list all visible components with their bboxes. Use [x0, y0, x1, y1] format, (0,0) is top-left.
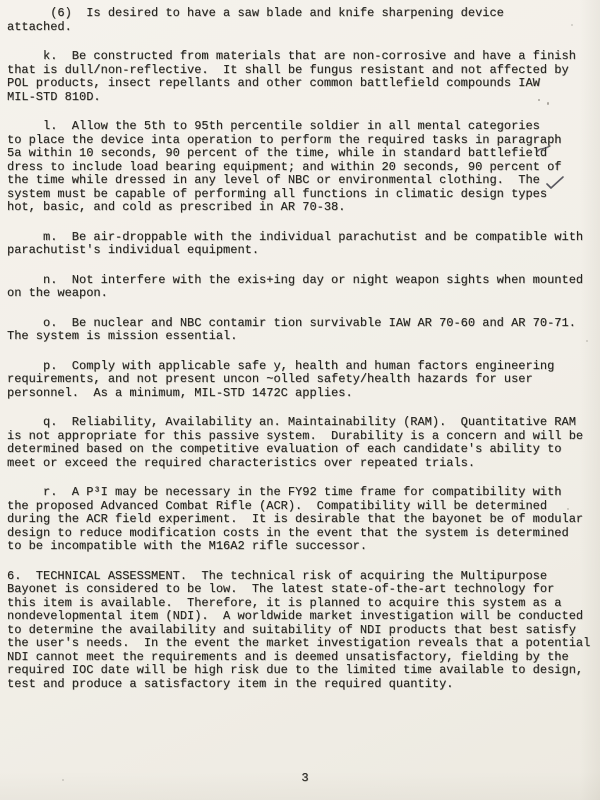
paragraph-item-q: q. Reliability, Availability an. Maintai… — [7, 416, 597, 470]
paragraph-item-r: r. A P³I may be necessary in the FY92 ti… — [7, 486, 597, 554]
paragraph-item-6: (6) Is desired to have a saw blade and k… — [7, 7, 597, 34]
paragraph-item-k: k. Be constructed from materials that ar… — [7, 50, 597, 104]
page-number: 3 — [0, 772, 600, 786]
scanned-document-page: (6) Is desired to have a saw blade and k… — [0, 0, 600, 800]
document-body: (6) Is desired to have a saw blade and k… — [7, 7, 597, 707]
paragraph-item-n: n. Not interfere with the exis+ing day o… — [7, 274, 597, 301]
paragraph-item-p: p. Comply with applicable safe y, health… — [7, 360, 597, 401]
paragraph-item-m: m. Be air-droppable with the individual … — [7, 231, 597, 258]
paragraph-item-l: l. Allow the 5th to 95th percentile sold… — [7, 120, 597, 215]
paragraph-technical-assessment: 6. TECHNICAL ASSESSMENT. The technical r… — [7, 570, 597, 692]
paragraph-item-o: o. Be nuclear and NBC contamir tion surv… — [7, 317, 597, 344]
